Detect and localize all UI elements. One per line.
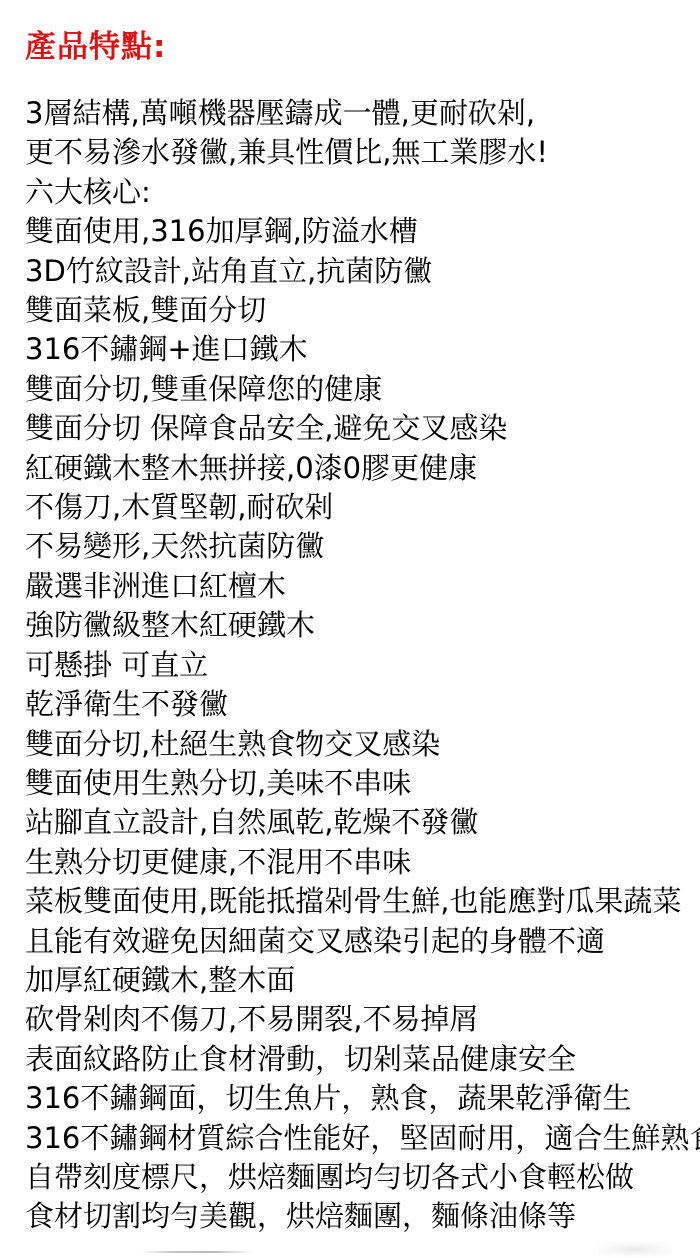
feature-line: 316不鏽鋼材質綜合性能好，堅固耐用，適合生鮮熟食處理。: [25, 1119, 692, 1158]
feature-line: 站腳直立設計,自然風乾,乾燥不發黴: [25, 803, 692, 842]
feature-line: 食材切割均勻美觀，烘焙麵團，麵條油條等: [25, 1197, 692, 1236]
feature-line: 可懸掛 可直立: [25, 646, 692, 685]
feature-line: 乾淨衛生不發黴: [25, 685, 692, 724]
feature-line: 強防黴級整木紅硬鐵木: [25, 606, 692, 645]
feature-list: 3層結構,萬噸機器壓鑄成一體,更耐砍剁,更不易滲水發黴,兼具性價比,無工業膠水!…: [25, 94, 692, 1237]
feature-line: 3D竹紋設計,站角直立,抗菌防黴: [25, 252, 692, 291]
feature-line: 雙面菜板,雙面分切: [25, 291, 692, 330]
product-description: 產品特點: 3層結構,萬噸機器壓鑄成一體,更耐砍剁,更不易滲水發黴,兼具性價比,…: [0, 0, 700, 1237]
feature-line: 菜板雙面使用,既能抵擋剁骨生鮮,也能應對瓜果蔬菜: [25, 882, 692, 921]
cutoff-image-edge-line: [140, 1251, 254, 1253]
feature-line: 砍骨剁肉不傷刀,不易開裂,不易掉屑: [25, 1000, 692, 1039]
feature-line: 雙面使用,316加厚鋼,防溢水槽: [25, 212, 692, 251]
feature-line: 雙面分切,杜絕生熟食物交叉感染: [25, 725, 692, 764]
feature-line: 自帶刻度標尺，烘焙麵團均勻切各式小食輕松做: [25, 1158, 692, 1197]
cutoff-image-edge-blob: [598, 1242, 672, 1257]
feature-line: 嚴選非洲進口紅檀木: [25, 567, 692, 606]
feature-line: 生熟分切更健康,不混用不串味: [25, 843, 692, 882]
feature-line: 不易變形,天然抗菌防黴: [25, 527, 692, 566]
section-heading: 產品特點:: [25, 26, 692, 68]
feature-line: 316不鏽鋼面，切生魚片，熟食，蔬果乾淨衛生: [25, 1079, 692, 1118]
feature-line: 雙面使用生熟分切,美味不串味: [25, 764, 692, 803]
feature-line: 不傷刀,木質堅韌,耐砍剁: [25, 488, 692, 527]
feature-line: 紅硬鐵木整木無拼接,0漆0膠更健康: [25, 449, 692, 488]
feature-line: 雙面分切,雙重保障您的健康: [25, 370, 692, 409]
feature-line: 且能有效避免因細菌交叉感染引起的身體不適: [25, 922, 692, 961]
feature-line: 表面紋路防止食材滑動，切剁菜品健康安全: [25, 1040, 692, 1079]
feature-line: 3層結構,萬噸機器壓鑄成一體,更耐砍剁,: [25, 94, 692, 133]
feature-line: 雙面分切 保障食品安全,避免交叉感染: [25, 409, 692, 448]
feature-line: 316不鏽鋼+進口鐵木: [25, 330, 692, 369]
feature-line: 六大核心:: [25, 173, 692, 212]
feature-line: 更不易滲水發黴,兼具性價比,無工業膠水!: [25, 133, 692, 172]
feature-line: 加厚紅硬鐵木,整木面: [25, 961, 692, 1000]
